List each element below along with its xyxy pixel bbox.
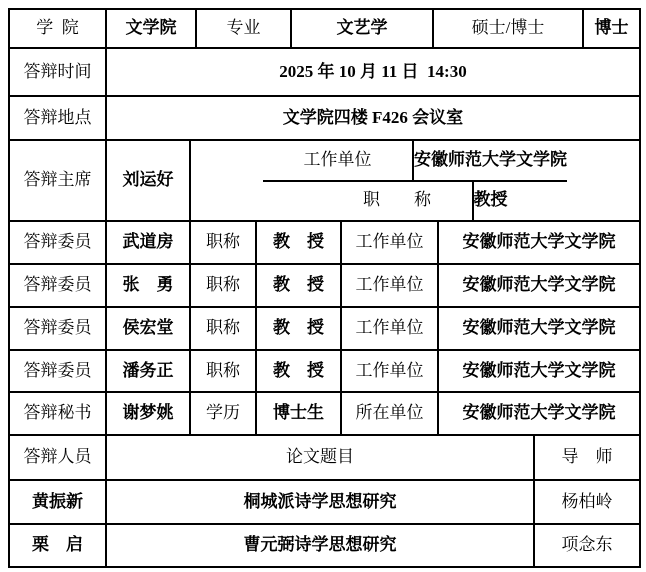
secretary-unit-label: 所在单位 xyxy=(342,393,439,434)
member-name: 侯宏堂 xyxy=(107,308,191,349)
secretary-row: 答辩秘书 谢梦姚 学历 博士生 所在单位 安徽师范大学文学院 xyxy=(10,393,639,436)
member-role-label: 答辩委员 xyxy=(10,308,107,349)
member-row: 答辩委员 张 勇 职称 教 授 工作单位 安徽师范大学文学院 xyxy=(10,265,639,308)
time-label: 答辩时间 xyxy=(10,49,107,95)
member-title-label: 职称 xyxy=(191,265,257,306)
time-row: 答辩时间 2025 年 10 月 11 日 14:30 xyxy=(10,49,639,97)
member-unit-value: 安徽师范大学文学院 xyxy=(439,265,639,306)
degree-label: 硕士/博士 xyxy=(434,10,584,47)
supervisor-column-label: 导 师 xyxy=(535,436,639,479)
place-value: 文学院四楼 F426 会议室 xyxy=(107,97,639,139)
candidate-row: 黄振新 桐城派诗学思想研究 杨柏岭 xyxy=(10,481,639,525)
thesis-title: 曹元弼诗学思想研究 xyxy=(107,525,535,566)
member-row: 答辩委员 侯宏堂 职称 教 授 工作单位 安徽师范大学文学院 xyxy=(10,308,639,351)
thesis-column-label: 论文题目 xyxy=(107,436,535,479)
chair-label: 答辩主席 xyxy=(10,141,107,220)
candidate-name: 栗 启 xyxy=(10,525,107,566)
member-unit-label: 工作单位 xyxy=(342,222,439,263)
major-value: 文艺学 xyxy=(292,10,434,47)
member-unit-value: 安徽师范大学文学院 xyxy=(439,308,639,349)
member-role-label: 答辩委员 xyxy=(10,222,107,263)
chair-title-subrow: 职 称 教授 xyxy=(323,182,508,221)
member-row: 答辩委员 潘务正 职称 教 授 工作单位 安徽师范大学文学院 xyxy=(10,351,639,393)
member-unit-value: 安徽师范大学文学院 xyxy=(439,222,639,263)
header-row: 学 院 文学院 专业 文艺学 硕士/博士 博士 xyxy=(10,10,639,49)
member-role-label: 答辩委员 xyxy=(10,351,107,391)
candidates-label: 答辩人员 xyxy=(10,436,107,479)
member-role-label: 答辩委员 xyxy=(10,265,107,306)
member-title-value: 教 授 xyxy=(257,265,342,306)
member-unit-label: 工作单位 xyxy=(342,308,439,349)
candidate-row: 栗 启 曹元弼诗学思想研究 项念东 xyxy=(10,525,639,566)
chair-unit-value: 安徽师范大学文学院 xyxy=(414,141,567,180)
major-label: 专业 xyxy=(197,10,292,47)
chair-unit-subrow: 工作单位 安徽师范大学文学院 xyxy=(263,141,567,182)
defense-schedule-table: 学 院 文学院 专业 文艺学 硕士/博士 博士 答辩时间 2025 年 10 月… xyxy=(8,8,641,568)
member-title-value: 教 授 xyxy=(257,308,342,349)
member-title-label: 职称 xyxy=(191,351,257,391)
secretary-name: 谢梦姚 xyxy=(107,393,191,434)
supervisor-name: 杨柏岭 xyxy=(535,481,639,523)
thesis-title: 桐城派诗学思想研究 xyxy=(107,481,535,523)
degree-value: 博士 xyxy=(584,10,639,47)
time-value: 2025 年 10 月 11 日 14:30 xyxy=(107,49,639,95)
member-title-label: 职称 xyxy=(191,308,257,349)
member-name: 张 勇 xyxy=(107,265,191,306)
member-name: 武道房 xyxy=(107,222,191,263)
secretary-unit-value: 安徽师范大学文学院 xyxy=(439,393,639,434)
member-unit-value: 安徽师范大学文学院 xyxy=(439,351,639,391)
college-label: 学 院 xyxy=(10,10,107,47)
chair-unit-label: 工作单位 xyxy=(263,141,414,180)
chair-row: 答辩主席 刘运好 工作单位 安徽师范大学文学院 职 称 教授 xyxy=(10,141,639,222)
chair-title-value: 教授 xyxy=(474,182,508,221)
secretary-edu-value: 博士生 xyxy=(257,393,342,434)
member-title-value: 教 授 xyxy=(257,351,342,391)
member-row: 答辩委员 武道房 职称 教 授 工作单位 安徽师范大学文学院 xyxy=(10,222,639,265)
candidates-header-row: 答辩人员 论文题目 导 师 xyxy=(10,436,639,481)
place-label: 答辩地点 xyxy=(10,97,107,139)
place-row: 答辩地点 文学院四楼 F426 会议室 xyxy=(10,97,639,141)
secretary-label: 答辩秘书 xyxy=(10,393,107,434)
chair-title-label: 职 称 xyxy=(323,182,474,221)
member-title-label: 职称 xyxy=(191,222,257,263)
member-title-value: 教 授 xyxy=(257,222,342,263)
member-unit-label: 工作单位 xyxy=(342,265,439,306)
member-unit-label: 工作单位 xyxy=(342,351,439,391)
supervisor-name: 项念东 xyxy=(535,525,639,566)
member-name: 潘务正 xyxy=(107,351,191,391)
secretary-edu-label: 学历 xyxy=(191,393,257,434)
chair-name: 刘运好 xyxy=(107,141,191,220)
chair-detail-block: 工作单位 安徽师范大学文学院 职 称 教授 xyxy=(191,141,639,220)
college-value: 文学院 xyxy=(107,10,197,47)
candidate-name: 黄振新 xyxy=(10,481,107,523)
